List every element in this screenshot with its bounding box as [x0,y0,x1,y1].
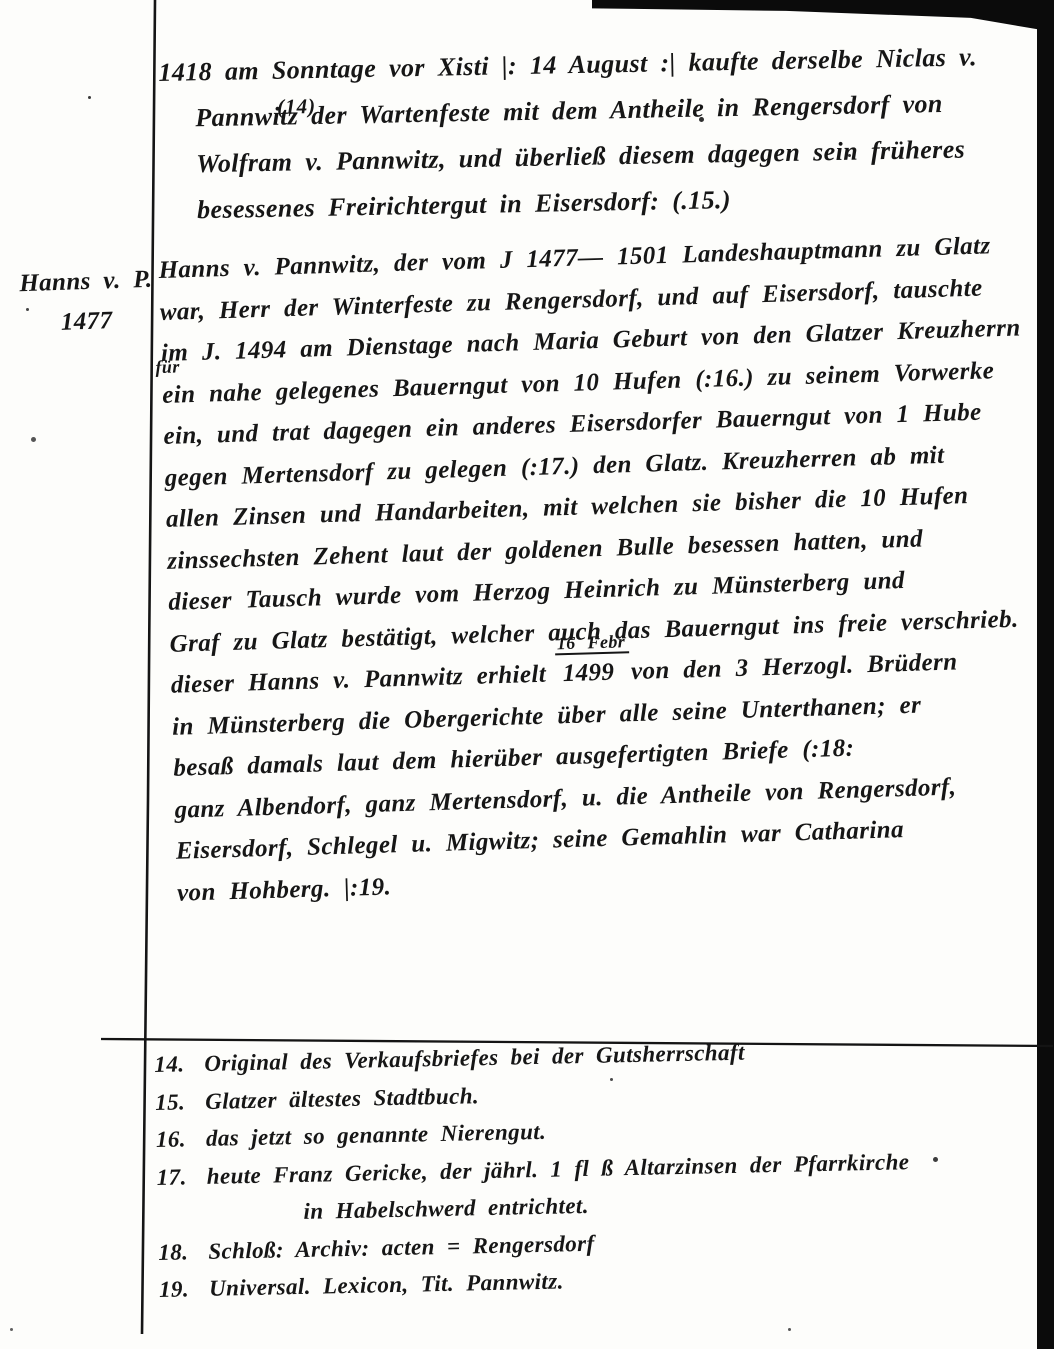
footnote-number: 17. [156,1157,207,1196]
margin-note-year: 1477 [20,300,153,345]
footnote-text: Universal. Lexicon, Tit. Pannwitz. [209,1262,564,1307]
footnote-text: Glatzer ältestes Stadtbuch. [205,1077,480,1120]
manuscript-page: Hanns v. P. 1477 1418 am Sonntage vor Xi… [0,0,1054,1349]
interlinear-insertion: für [155,357,180,376]
footnote-number [253,1193,304,1232]
footnotes-block: 14. Original des Verkaufsbriefes bei der… [154,1030,912,1308]
margin-rule-line [142,0,155,1334]
footnote-number: 19. [159,1270,210,1309]
scan-edge-top-bar [592,0,1054,32]
line-text: von den 3 Herzogl. Brüdern [631,648,958,685]
underlined-date: 16 Febr 1499 [559,652,618,695]
footnote-number: 18. [158,1232,209,1271]
paragraph-1418: 1418 am Sonntage vor Xisti |: 14 August … [158,34,980,234]
footnote-number: 15. [155,1082,206,1121]
date-text: 1499 [562,659,614,688]
footnote-text: in Habelschwerd entrichtet. [303,1187,589,1230]
line-text: dieser Hanns v. Pannwitz erhielt [171,661,547,699]
footnote-number: 14. [154,1045,205,1084]
footnote-number: 16. [156,1120,207,1159]
margin-note: Hanns v. P. 1477 [19,260,154,345]
line-text: 1418 am Sonntage vor Xisti |: 14 August … [158,42,977,87]
paragraph-1477: Hanns v. Pannwitz, der vom J 1477— 1501 … [158,224,1037,913]
margin-note-name: Hanns v. P. [19,260,152,305]
scan-edge-right-band [1037,0,1054,1349]
scan-noise-speck [88,96,91,99]
date-annotation: 16 Febr [555,632,630,655]
